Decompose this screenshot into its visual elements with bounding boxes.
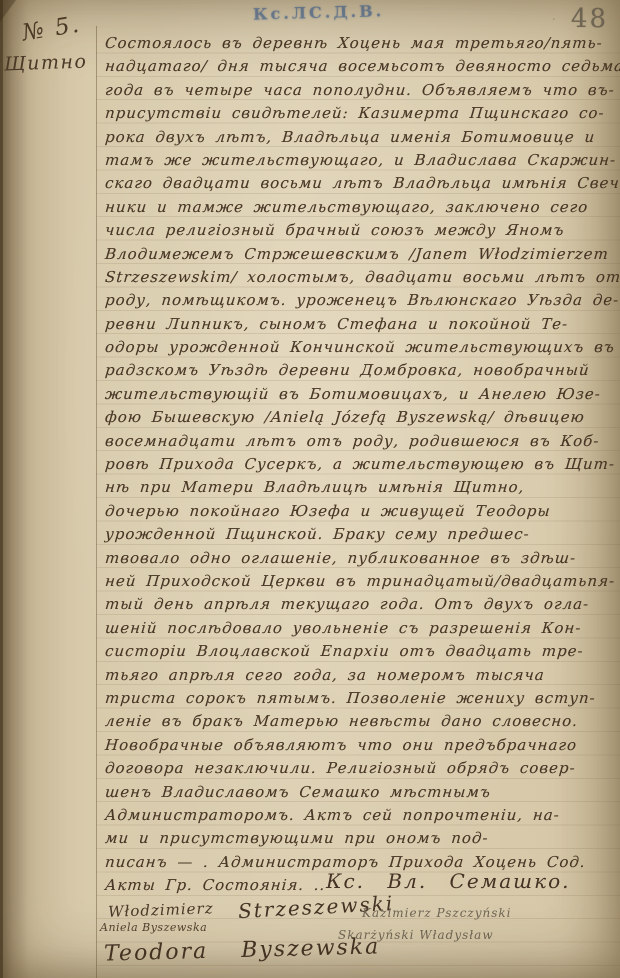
signature-groom-first-name: Włodzimierz — [108, 899, 214, 921]
manuscript-line: систоріи Влоцлавской Епархіи отъ двадцат… — [104, 640, 616, 663]
manuscript-line: леніе въ бракъ Матерью невѣсты дано слов… — [104, 710, 616, 733]
signature-witness-pszczynski: Kazimierz Pszczyński — [362, 906, 512, 920]
signature-priest: Кс. Вл. Семашко. — [326, 869, 570, 893]
page-left-edge — [0, 0, 3, 978]
manuscript-line: Новобрачные объявляютъ что они предъбрач… — [104, 734, 616, 757]
manuscript-body: Состоялось въ деревнѣ Хоцень мая третьяг… — [104, 32, 614, 897]
margin-rule-line — [96, 26, 97, 978]
manuscript-line: радзскомъ Уѣздѣ деревни Домбровка, новоб… — [104, 359, 616, 382]
manuscript-line: фою Бышевскую /Anielą Józefą Byszewską/ … — [104, 406, 616, 429]
manuscript-line: Состоялось въ деревнѣ Хоцень мая третьяг… — [104, 32, 616, 55]
manuscript-line: нѣ при Матери Владѣлицѣ имѣнія Щитно, — [104, 476, 616, 499]
manuscript-line: ровѣ Прихода Сусеркъ, а жительствующею в… — [104, 453, 616, 476]
manuscript-line: триста сорокъ пятымъ. Позволеніе жениху … — [104, 687, 616, 710]
manuscript-line: твовало одно оглашеніе, публикованное въ… — [104, 547, 616, 570]
manuscript-line: ней Приходской Церкви въ тринадцатый/два… — [104, 570, 616, 593]
manuscript-line: договора незаключили. Религіозный обрядъ… — [104, 757, 616, 780]
manuscript-line: года въ четыре часа пополудни. Объявляем… — [104, 79, 616, 102]
signature-bride: Aniela Byszewska — [100, 921, 207, 934]
manuscript-line: Strzeszewskim/ холостымъ, двадцати восьм… — [104, 266, 616, 289]
manuscript-line: одоры урожденной Кончинской жительствующ… — [104, 336, 616, 359]
manuscript-line: числа религіозный брачный союзъ между Ян… — [104, 219, 616, 242]
manuscript-line: тый день апрѣля текущаго года. Отъ двухъ… — [104, 593, 616, 616]
page-number: 48 — [571, 4, 608, 34]
manuscript-line: Влодимежемъ Стржешевскимъ /Janem Włodzim… — [104, 243, 616, 266]
manuscript-line: рока двухъ лѣтъ, Владѣльца именія Ботимо… — [104, 126, 616, 149]
manuscript-line: жительствующій въ Ботимовицахъ, и Анелею… — [104, 383, 616, 406]
binding-edge-shadow — [0, 0, 28, 978]
signature-mother: Teodora Byszewska — [104, 934, 381, 966]
act-number: № 5. — [20, 12, 82, 47]
manuscript-line: ревни Липникъ, сыномъ Стефана и покойной… — [104, 313, 616, 336]
manuscript-line: скаго двадцати восьми лѣтъ Владѣльца имѣ… — [104, 172, 616, 195]
manuscript-line: Администраторомъ. Актъ сей попрочтеніи, … — [104, 804, 616, 827]
manuscript-line: ники и тамже жительствующаго, заключено … — [104, 196, 616, 219]
manuscript-line: тьяго апрѣля сего года, за номеромъ тыся… — [104, 664, 616, 687]
manuscript-line: шенъ Владиславомъ Семашко мѣстнымъ — [104, 781, 616, 804]
manuscript-line: ми и присутствующими при ономъ под- — [104, 827, 616, 850]
manuscript-line: надцатаго/ дня тысяча восемьсотъ девянос… — [104, 55, 616, 78]
registry-stamp: Кс.ЛС.Д.В. — [253, 1, 385, 23]
manuscript-line: дочерью покойнаго Юзефа и живущей Теодор… — [104, 500, 616, 523]
manuscript-line: роду, помѣщикомъ. уроженецъ Вѣлюнскаго У… — [104, 289, 616, 312]
pencil-smudge: · — [552, 12, 556, 28]
manuscript-line: восемнадцати лѣтъ отъ роду, родившеюся в… — [104, 430, 616, 453]
manuscript-line: урожденной Пщинской. Браку сему предшес- — [104, 523, 616, 546]
scanned-document-page: № 5. Щитно Кс.ЛС.Д.В. · 48 Состоялось въ… — [0, 0, 620, 978]
corner-fold — [0, 0, 16, 22]
manuscript-line: тамъ же жительствующаго, и Владислава Ск… — [104, 149, 616, 172]
manuscript-line: присутствіи свидѣтелей: Казимерта Пщинск… — [104, 102, 616, 125]
manuscript-line: шеній послѣдовало увольненіе съ разрешен… — [104, 617, 616, 640]
margin-note-parish: Щитно — [4, 51, 88, 76]
